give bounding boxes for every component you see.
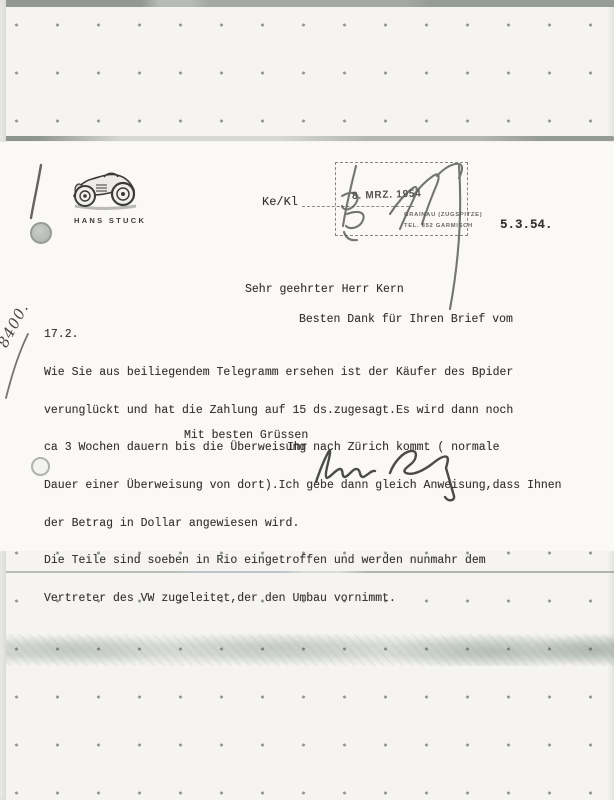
opening-date: 17.2. [44,329,79,342]
stamp-date: 8. MRZ. 1954 [352,188,422,202]
body-line: verunglückt und hat die Zahlung auf 15 d… [44,405,562,418]
race-car-icon [70,168,144,214]
opening-line: Besten Dank für Ihren Brief vom [299,314,513,327]
reference-code: Ke/Kl [262,196,298,209]
body-line: der Betrag in Dollar angewiesen wird. [44,518,562,531]
closing-pronoun: Ihr [287,442,308,455]
typed-date: 5.3.54. [500,219,553,232]
letter-body: Wie Sie aus beiliegendem Telegramm erseh… [44,342,562,618]
salutation: Sehr geehrter Herr Kern [245,284,404,297]
stamp-place-lines: GRAINAU (ZUGSPITZE)TEL. 852 GARMISCH [404,210,482,232]
body-line: Wie Sie aus beiliegendem Telegramm erseh… [44,367,562,380]
stamp-place-line1: GRAINAU (ZUGSPITZE) [404,212,482,218]
body-line: Dauer einer Überweisung von dort).Ich ge… [44,480,562,493]
stamp-rule [302,206,414,207]
body-line: Vertreter des VW zugeleitet,der den Umba… [44,593,562,606]
body-line: Die Teile sind soeben in Rio eingetroffe… [44,555,562,568]
stamp-place-line2: TEL. 852 GARMISCH [404,223,473,229]
letterhead-name: HANS STUCK [74,216,146,225]
scanned-letter-page: { "letterhead": { "logo_icon": "race-car… [0,0,614,800]
punch-hole [30,222,52,244]
